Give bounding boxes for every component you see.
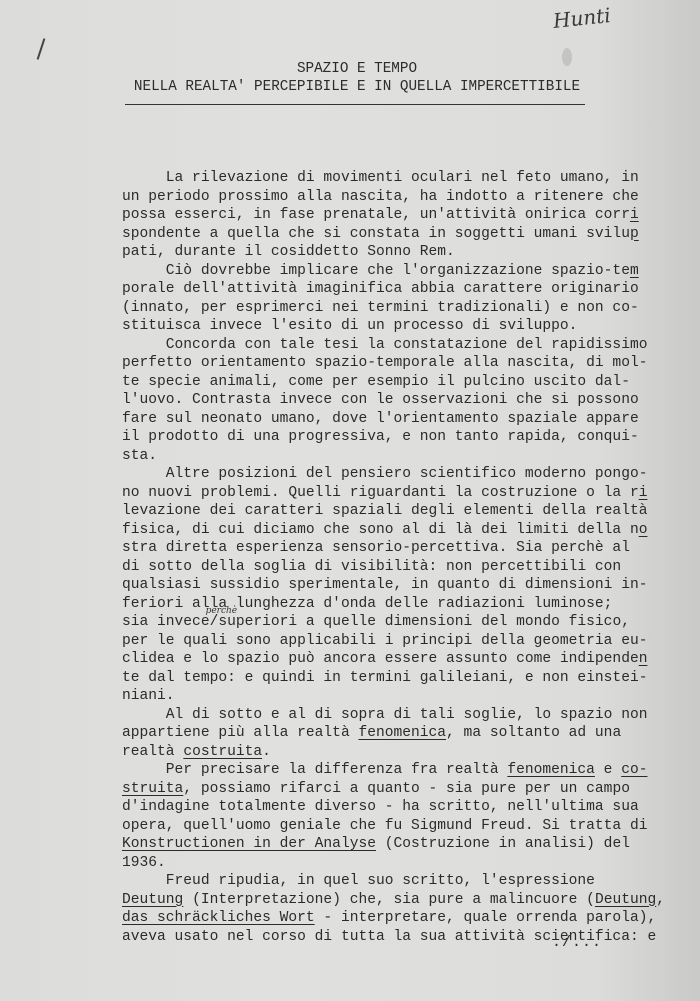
title-block: SPAZIO E TEMPO NELLA REALTA' PERCEPIBILE…	[122, 60, 592, 105]
text-line: fare sul neonato umano, dove l'orientame…	[122, 410, 700, 429]
underlined-text: n	[639, 651, 648, 667]
underlined-text: m	[630, 263, 639, 279]
text-line: realtà costruita.	[122, 743, 700, 762]
text-line: appartiene più alla realtà fenomenica, m…	[122, 724, 700, 743]
underlined-text: costruita	[183, 744, 262, 760]
text-line: di sotto della soglia di visibilità: non…	[122, 558, 700, 577]
text-line: stituisca invece l'esito di un processo …	[122, 317, 700, 336]
text-segment: te dal tempo: e quindi in termini galile…	[122, 670, 647, 686]
text-line: possa esserci, in fase prenatale, un'att…	[122, 206, 700, 225]
text-segment: il prodotto di una progressiva, e non ta…	[122, 429, 639, 445]
text-segment: stituisca invece l'esito di un processo …	[122, 318, 577, 334]
title-line-2: NELLA REALTA' PERCEPIBILE E IN QUELLA IM…	[122, 78, 592, 96]
text-segment: pati, durante il cosiddetto Sonno Rem.	[122, 244, 455, 260]
text-segment: (Interpretazione) che, sia pure a malinc…	[183, 892, 595, 908]
text-line: 1936.	[122, 854, 700, 873]
text-segment: per le quali sono applicabili i principi…	[122, 633, 647, 649]
text-segment: stra diretta esperienza sensorio-percett…	[122, 540, 630, 556]
text-line: no nuovi problemi. Quelli riguardanti la…	[122, 484, 700, 503]
pen-mark	[37, 38, 46, 60]
underlined-text: p	[630, 226, 639, 242]
text-segment: perfetto orientamento spazio-temporale a…	[122, 355, 647, 371]
handwritten-annotation: Hunti	[552, 3, 612, 33]
underlined-text: Konstructionen in der Analyse	[122, 836, 376, 852]
text-segment: Freud ripudia, in quel suo scritto, l'es…	[122, 873, 595, 889]
text-line: aveva usato nel corso di tutta la sua at…	[122, 928, 700, 947]
underlined-text: fenomenica	[507, 762, 595, 778]
text-segment: spondente a quella che si constata in so…	[122, 226, 630, 242]
text-line: il prodotto di una progressiva, e non ta…	[122, 428, 700, 447]
text-line: stra diretta esperienza sensorio-percett…	[122, 539, 700, 558]
text-segment: .	[262, 744, 271, 760]
text-segment: possa esserci, in fase prenatale, un'att…	[122, 207, 630, 223]
text-segment: (Costruzione in analisi) del	[376, 836, 630, 852]
text-segment: l'uovo. Contrasta invece con le osservaz…	[122, 392, 639, 408]
text-segment: sta.	[122, 448, 157, 464]
text-line: sia invece/perchèsuperiori a quelle dime…	[122, 613, 700, 632]
text-segment: levazione dei caratteri spaziali degli e…	[122, 503, 647, 519]
text-line: Altre posizioni del pensiero scientifico…	[122, 465, 700, 484]
text-line: porale dell'attività imaginifica abbia c…	[122, 280, 700, 299]
underlined-text: i	[630, 207, 639, 223]
text-segment: (innato, per esprimerci nei termini trad…	[122, 300, 639, 316]
underlined-text: fenomenica	[358, 725, 446, 741]
text-line: niani.	[122, 687, 700, 706]
text-segment: clidea e lo spazio può ancora essere ass…	[122, 651, 639, 667]
underlined-text: Deutung	[595, 892, 656, 908]
text-segment: Concorda con tale tesi la constatazione …	[122, 337, 647, 353]
text-line: d'indagine totalmente diverso - ha scrit…	[122, 798, 700, 817]
text-segment: e	[595, 762, 621, 778]
text-line: perfetto orientamento spazio-temporale a…	[122, 354, 700, 373]
text-line: Per precisare la differenza fra realtà f…	[122, 761, 700, 780]
text-segment: Ciò dovrebbe implicare che l'organizzazi…	[122, 263, 630, 279]
text-line: l'uovo. Contrasta invece con le osservaz…	[122, 391, 700, 410]
text-line: opera, quell'uomo geniale che fu Sigmund…	[122, 817, 700, 836]
text-segment: feriori alla lunghezza d'onda delle radi…	[122, 596, 612, 612]
continuation-mark: ./...	[552, 934, 602, 951]
text-line: qualsiasi sussidio sperimentale, in quan…	[122, 576, 700, 595]
text-line: Freud ripudia, in quel suo scritto, l'es…	[122, 872, 700, 891]
text-line: te specie animali, come per esempio il p…	[122, 373, 700, 392]
text-line: Deutung (Interpretazione) che, sia pure …	[122, 891, 700, 910]
text-segment: sia invece	[122, 614, 210, 630]
underlined-text: o	[639, 522, 648, 538]
text-segment: no nuovi problemi. Quelli riguardanti la…	[122, 485, 639, 501]
text-segment: ,	[656, 892, 665, 908]
handwritten-insertion: /perchè	[210, 614, 219, 630]
text-segment: Altre posizioni del pensiero scientifico…	[122, 466, 647, 482]
text-line: te dal tempo: e quindi in termini galile…	[122, 669, 700, 688]
text-segment: te specie animali, come per esempio il p…	[122, 374, 630, 390]
underlined-text: struita	[122, 781, 183, 797]
text-line: un periodo prossimo alla nascita, ha ind…	[122, 188, 700, 207]
text-line: spondente a quella che si constata in so…	[122, 225, 700, 244]
text-line: Ciò dovrebbe implicare che l'organizzazi…	[122, 262, 700, 281]
text-line: La rilevazione di movimenti oculari nel …	[122, 169, 700, 188]
text-segment: , ma soltanto ad una	[446, 725, 621, 741]
text-segment: Per precisare la differenza fra realtà	[122, 762, 507, 778]
text-line: fisica, di cui diciamo che sono al di là…	[122, 521, 700, 540]
underlined-text: i	[639, 485, 648, 501]
text-line: Al di sotto e al di sopra di tali soglie…	[122, 706, 700, 725]
text-line: pati, durante il cosiddetto Sonno Rem.	[122, 243, 700, 262]
underlined-text: co-	[621, 762, 647, 778]
text-segment: porale dell'attività imaginifica abbia c…	[122, 281, 639, 297]
text-line: sta.	[122, 447, 700, 466]
insertion-note: perchè	[206, 602, 238, 621]
text-line: per le quali sono applicabili i principi…	[122, 632, 700, 651]
text-line: Konstructionen in der Analyse (Costruzio…	[122, 835, 700, 854]
underlined-text: das schräckliches Wort	[122, 910, 315, 926]
text-segment: Al di sotto e al di sopra di tali soglie…	[122, 707, 647, 723]
text-segment: - interpretare, quale orrenda parola),	[315, 910, 657, 926]
text-line: struita, possiamo rifarci a quanto - sia…	[122, 780, 700, 799]
title-underline	[125, 104, 585, 105]
text-segment: qualsiasi sussidio sperimentale, in quan…	[122, 577, 647, 593]
text-segment: appartiene più alla realtà	[122, 725, 358, 741]
body-text: La rilevazione di movimenti oculari nel …	[122, 169, 700, 946]
underlined-text: Deutung	[122, 892, 183, 908]
text-segment: opera, quell'uomo geniale che fu Sigmund…	[122, 818, 647, 834]
text-line: clidea e lo spazio può ancora essere ass…	[122, 650, 700, 669]
text-segment: un periodo prossimo alla nascita, ha ind…	[122, 189, 639, 205]
text-segment: fare sul neonato umano, dove l'orientame…	[122, 411, 639, 427]
text-line: Concorda con tale tesi la constatazione …	[122, 336, 700, 355]
text-segment: fisica, di cui diciamo che sono al di là…	[122, 522, 639, 538]
text-segment: La rilevazione di movimenti oculari nel …	[122, 170, 639, 186]
text-segment: superiori a quelle dimensioni del mondo …	[218, 614, 630, 630]
text-line: (innato, per esprimerci nei termini trad…	[122, 299, 700, 318]
text-segment: d'indagine totalmente diverso - ha scrit…	[122, 799, 639, 815]
text-segment: di sotto della soglia di visibilità: non…	[122, 559, 621, 575]
title-line-1: SPAZIO E TEMPO	[122, 60, 592, 78]
text-line: levazione dei caratteri spaziali degli e…	[122, 502, 700, 521]
text-line: das schräckliches Wort - interpretare, q…	[122, 909, 700, 928]
text-segment: , possiamo rifarci a quanto - sia pure p…	[183, 781, 630, 797]
text-segment: realtà	[122, 744, 183, 760]
text-segment: niani.	[122, 688, 175, 704]
text-segment: 1936.	[122, 855, 166, 871]
